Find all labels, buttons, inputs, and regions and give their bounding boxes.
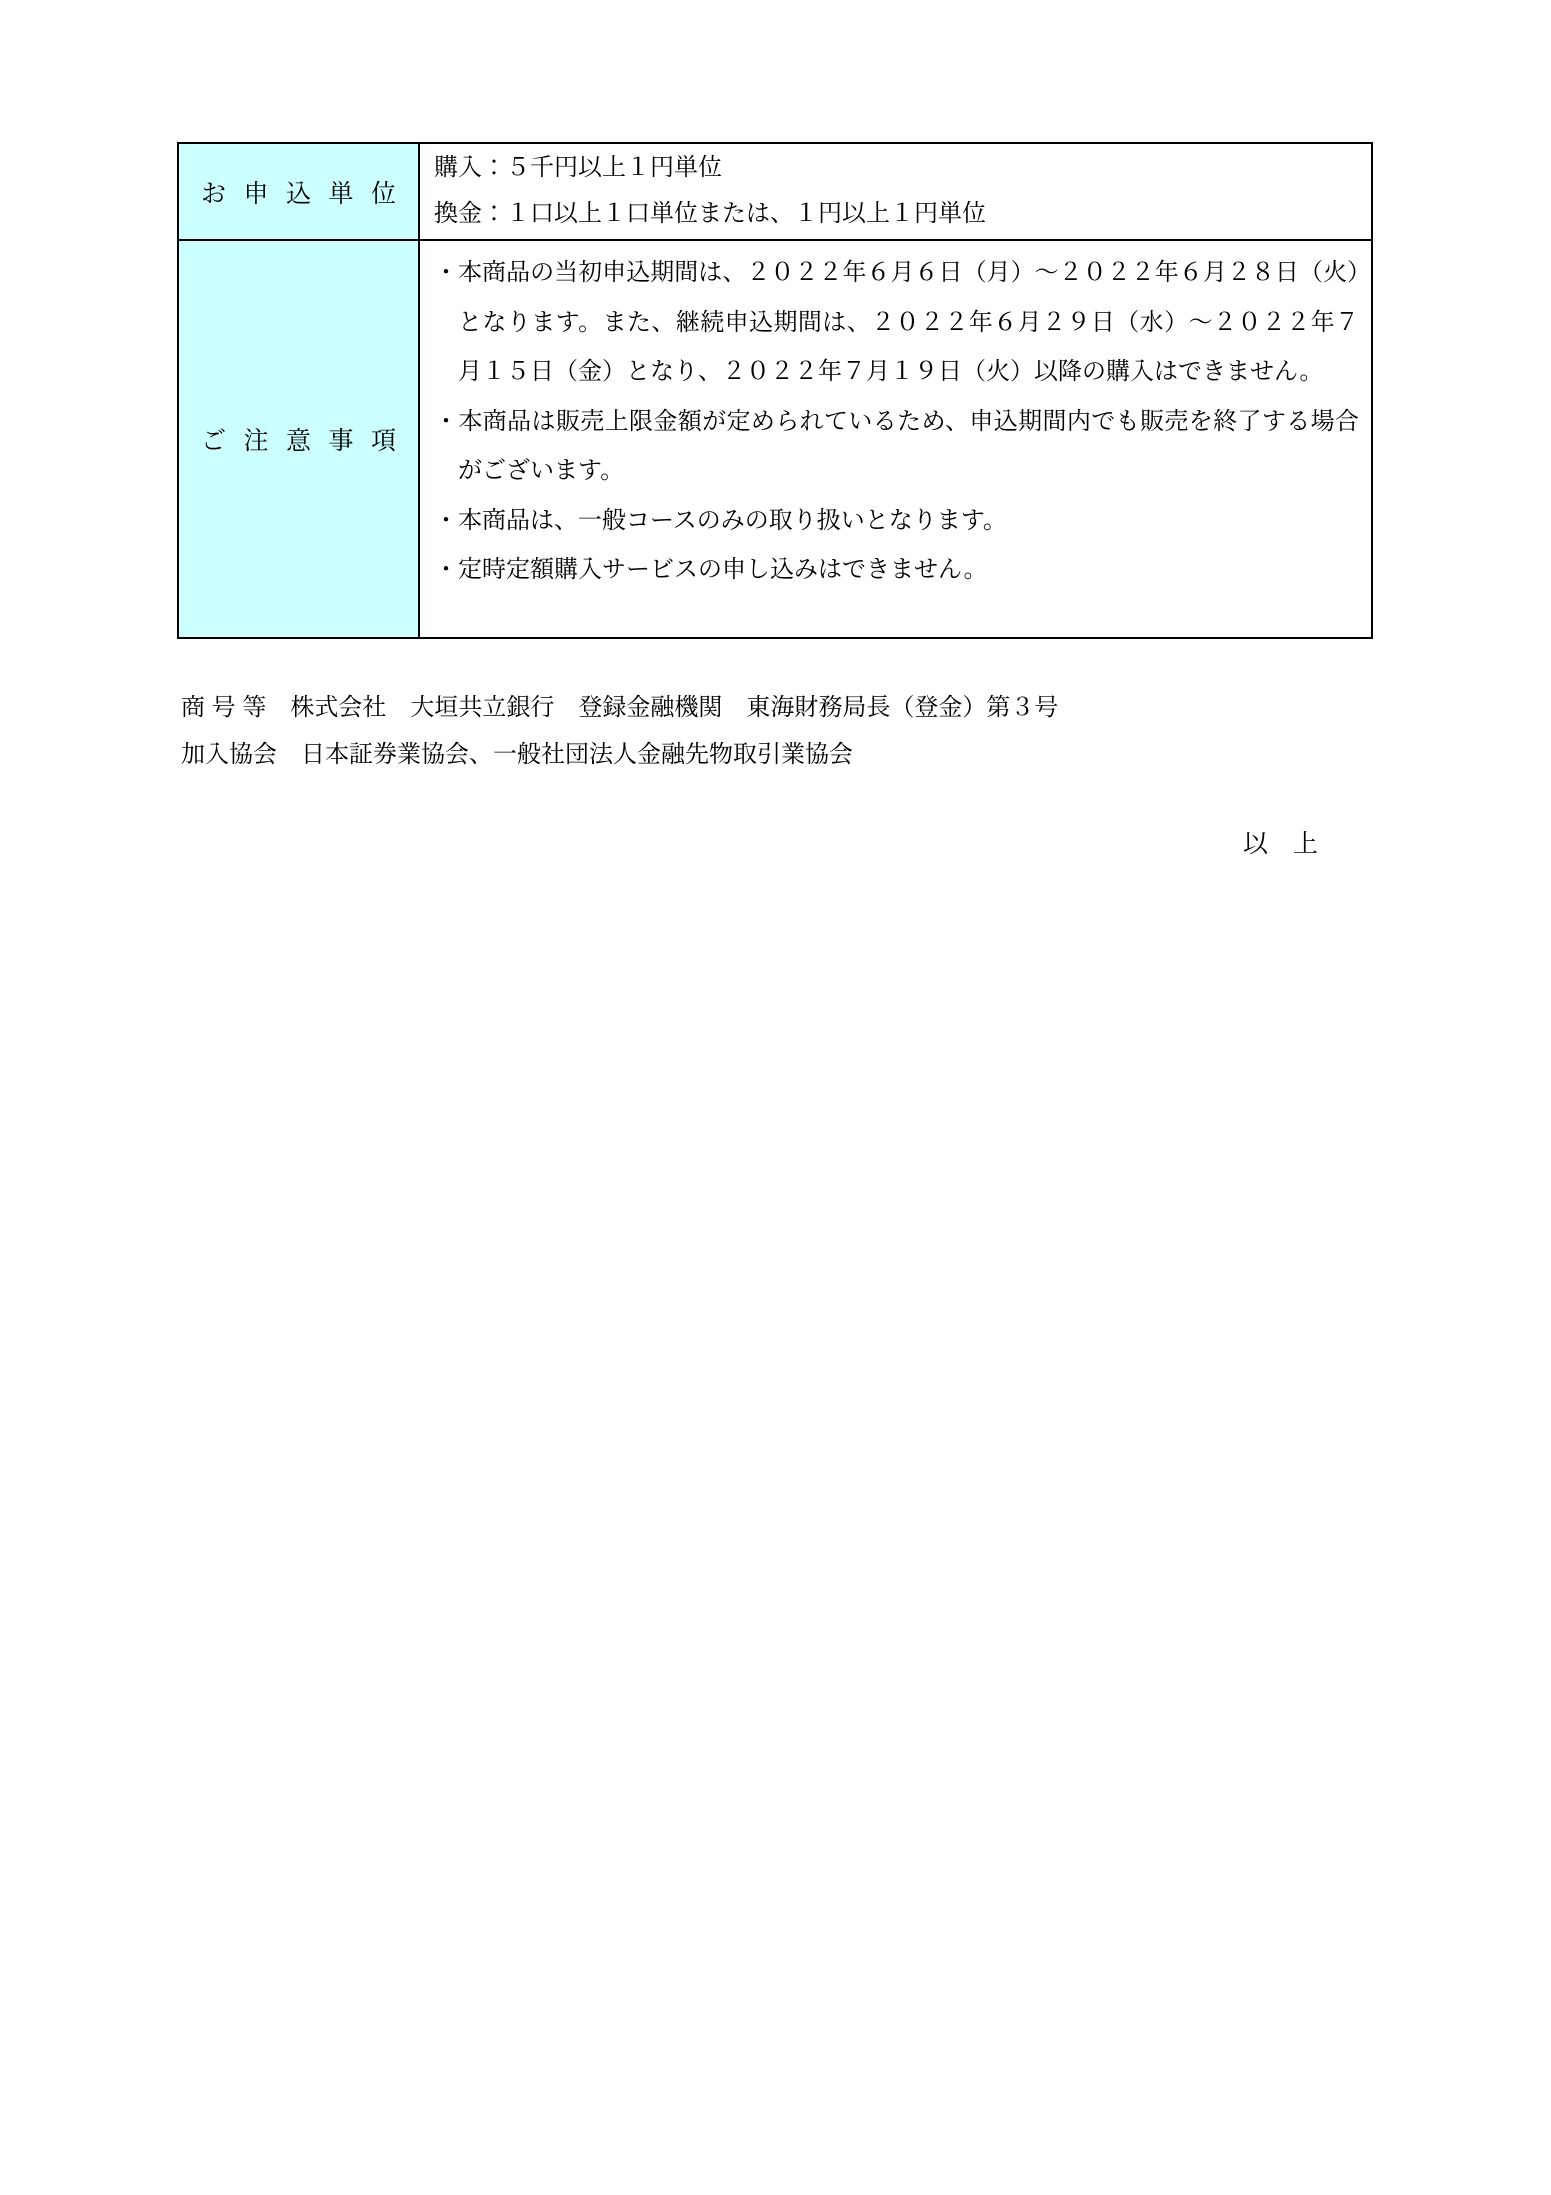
row-header-label: お 申 込 単 位 — [201, 174, 396, 210]
row-header-label: ご 注 意 事 項 — [201, 421, 396, 457]
member-association-line: 加入協会 日本証券業協会、一般社団法人金融先物取引業協会 — [181, 734, 853, 769]
row-header-application-unit: お 申 込 単 位 — [179, 144, 420, 239]
purchase-unit-line: 購入：５千円以上１円単位 — [434, 145, 1359, 191]
table-row-notes: ご 注 意 事 項 ・本商品の当初申込期間は、２０２２年６月６日（月）～２０２２… — [179, 241, 1371, 637]
row-header-notes: ご 注 意 事 項 — [179, 241, 420, 637]
note-application-period: ・本商品の当初申込期間は、２０２２年６月６日（月）～２０２２年６月２８日（火）と… — [434, 248, 1359, 397]
table-row-application-unit: お 申 込 単 位 購入：５千円以上１円単位 換金：１口以上１口単位または、１円… — [179, 144, 1371, 241]
product-info-table: お 申 込 単 位 購入：５千円以上１円単位 換金：１口以上１口単位または、１円… — [177, 142, 1373, 639]
company-registration-line: 商 号 等 株式会社 大垣共立銀行 登録金融機関 東海財務局長（登金）第３号 — [181, 687, 1058, 722]
note-general-course-only: ・本商品は、一般コースのみの取り扱いとなります。 — [434, 496, 1359, 546]
notes-content: ・本商品の当初申込期間は、２０２２年６月６日（月）～２０２２年６月２８日（火）と… — [420, 241, 1371, 637]
closing-mark: 以 上 — [1243, 824, 1318, 860]
document-page: お 申 込 単 位 購入：５千円以上１円単位 換金：１口以上１口単位または、１円… — [0, 0, 1551, 2195]
note-sales-limit: ・本商品は販売上限金額が定められているため、申込期間内でも販売を終了する場合がご… — [434, 397, 1359, 496]
redemption-unit-line: 換金：１口以上１口単位または、１円以上１円単位 — [434, 191, 1359, 237]
application-unit-content: 購入：５千円以上１円単位 換金：１口以上１口単位または、１円以上１円単位 — [420, 144, 1371, 239]
note-no-scheduled-purchase: ・定時定額購入サービスの申し込みはできません。 — [434, 545, 1359, 595]
